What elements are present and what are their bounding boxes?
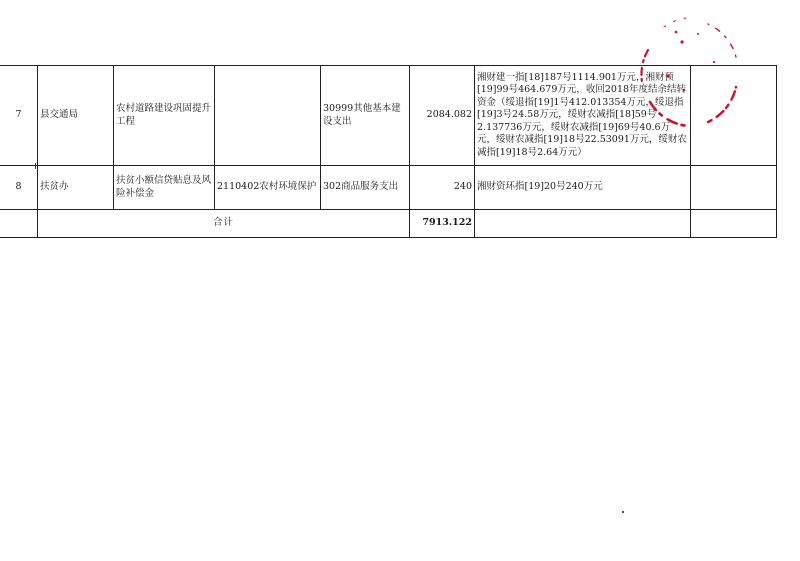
total-note-cell	[691, 210, 777, 238]
economic-class-cell: 30999其他基本建设支出	[321, 66, 410, 166]
row-number: 8	[0, 166, 38, 210]
table-row: 7 县交通局 农村道路建设巩固提升工程 30999其他基本建设支出 2084.0…	[0, 66, 777, 166]
amount-cell: 240	[410, 166, 475, 210]
department-cell: 扶贫办	[38, 166, 114, 210]
table-row: 8 扶贫办 扶贫小额信贷贴息及风险补偿金 2110402农村环境保护 302商品…	[0, 166, 777, 210]
economic-class-cell: 302商品服务支出	[321, 166, 410, 210]
function-class-cell	[215, 66, 321, 166]
scan-mark	[35, 163, 36, 169]
fund-source-cell: 湘财建一指[18]187号1114.901万元，湘财预[19]99号464.67…	[475, 66, 691, 166]
project-cell: 农村道路建设巩固提升工程	[114, 66, 215, 166]
note-cell	[691, 166, 777, 210]
project-cell: 扶贫小额信贷贴息及风险补偿金	[114, 166, 215, 210]
total-row: 合计 7913.122	[0, 210, 777, 238]
amount-cell: 2084.082	[410, 66, 475, 166]
total-blank-cell	[0, 210, 38, 238]
scan-speck	[622, 511, 624, 513]
fund-source-cell: 湘财资环指[19]20号240万元	[475, 166, 691, 210]
note-cell	[691, 66, 777, 166]
row-number: 7	[0, 66, 38, 166]
total-amount: 7913.122	[410, 210, 475, 238]
total-fund-source-cell	[475, 210, 691, 238]
department-cell: 县交通局	[38, 66, 114, 166]
budget-table: 7 县交通局 农村道路建设巩固提升工程 30999其他基本建设支出 2084.0…	[0, 65, 777, 238]
total-label: 合计	[38, 210, 410, 238]
function-class-cell: 2110402农村环境保护	[215, 166, 321, 210]
